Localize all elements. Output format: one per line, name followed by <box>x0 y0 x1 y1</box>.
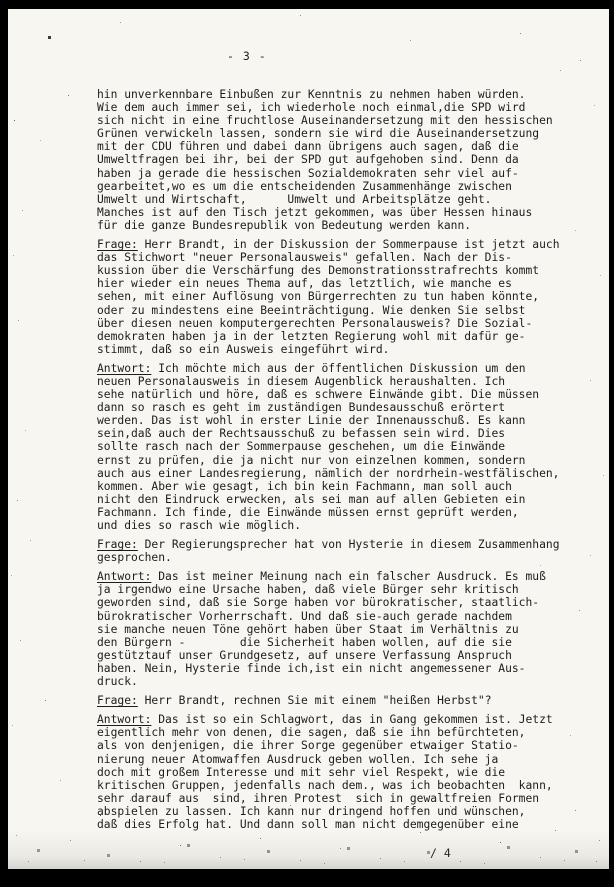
text-line: Frage: Der Regierungsprecher hat von Hys… <box>97 538 567 551</box>
text-line: Antwort: Ich möchte mich aus der öffentl… <box>97 362 567 375</box>
paragraph-label: Frage: <box>97 694 138 707</box>
text-line: nicht den Eindruck erwecken, als sei man… <box>97 493 567 506</box>
paragraph: Frage: Der Regierungsprecher hat von Hys… <box>97 538 567 564</box>
text-line: doch mit großem Interesse und mit sehr v… <box>97 766 567 779</box>
text-line-content: Das ist so ein Schlagwort, das in Gang g… <box>158 713 552 726</box>
text-line: auch aus einer Landesregierung, nämlich … <box>97 467 567 480</box>
text-line: das Stichwort "neuer Personalausweis" ge… <box>97 251 567 264</box>
text-line: Antwort: Das ist so ein Schlagwort, das … <box>97 713 567 726</box>
text-line: Frage: Herr Brandt, in der Diskussion de… <box>97 238 567 251</box>
text-line: Umweltfragen bei ihr, bei der SPD gut au… <box>97 153 567 166</box>
text-line: und dies so rasch wie möglich. <box>97 519 567 532</box>
text-line: kussion über die Verschärfung des Demons… <box>97 264 567 277</box>
text-line: Manches ist auf den Tisch jetzt gekommen… <box>97 206 567 219</box>
text-line: nierung neuer Atomwaffen Ausdruck geben … <box>97 753 567 766</box>
text-line-content: Das ist meiner Meinung nach ein falscher… <box>158 570 546 583</box>
text-line: Frage: Herr Brandt, rechnen Sie mit eine… <box>97 694 567 707</box>
text-line: haben ja gerade die hessischen Sozialdem… <box>97 167 567 180</box>
scanned-document-page: - 3 - hin unverkennbare Einbußen zur Ken… <box>8 9 609 869</box>
text-line: werden. Das ist wohl in erster Linie der… <box>97 414 567 427</box>
text-line: gesprochen. <box>97 551 567 564</box>
text-line: sehr darauf aus sind, ihren Protest sich… <box>97 792 567 805</box>
text-line: sehe natürlich und höre, daß es schwere … <box>97 388 567 401</box>
text-line: Wie dem auch immer sei, ich wiederhole n… <box>97 101 567 114</box>
paragraph: hin unverkennbare Einbußen zur Kenntnis … <box>97 88 567 232</box>
text-line: hin unverkennbare Einbußen zur Kenntnis … <box>97 88 567 101</box>
text-line: gestütztauf unser Grundgesetz, auf unser… <box>97 649 567 662</box>
text-line: hier wieder ein neues Thema auf, das let… <box>97 277 567 290</box>
paragraph: Antwort: Das ist so ein Schlagwort, das … <box>97 713 567 831</box>
text-line: stimmt, daß so ein Ausweis eingeführt wi… <box>97 343 567 356</box>
text-column: hin unverkennbare Einbußen zur Kenntnis … <box>97 88 567 831</box>
scan-noise-layer <box>8 9 9 10</box>
text-line: kommen. Aber wie gesagt, ich bin kein Fa… <box>97 480 567 493</box>
text-line: gearbeitet,wo es um die entscheidenden Z… <box>97 180 567 193</box>
text-line: druck. <box>97 675 567 688</box>
text-line: eigentlich mehr von denen, die sagen, da… <box>97 726 567 739</box>
text-line: mit der CDU führen und dabei dann übrige… <box>97 140 567 153</box>
text-line: haben. Nein, Hysterie finde ich,ist ein … <box>97 662 567 675</box>
text-line: geworden sind, daß sie Sorge haben vor b… <box>97 596 567 609</box>
paragraph-label: Antwort: <box>97 570 151 583</box>
text-line: daß dies Erfolg hat. Und dann soll man n… <box>97 818 567 831</box>
paragraph-label: Antwort: <box>97 362 151 375</box>
text-line: kritischen Gruppen, jedenfalls nach dem.… <box>97 779 567 792</box>
text-line: sie manche neuen Töne gehört haben über … <box>97 623 567 636</box>
scan-noise-layer <box>8 9 9 10</box>
page-number: - 3 - <box>227 49 267 63</box>
text-line: sich nicht in eine fruchtlose Auseinande… <box>97 114 567 127</box>
text-line: Grünen verwickeln lassen, sondern sie wi… <box>97 127 567 140</box>
text-line-content: Herr Brandt, rechnen Sie mit einem "heiß… <box>145 694 492 707</box>
paragraph-label: Antwort: <box>97 713 151 726</box>
text-line: ernst zu prüfen, die ja nicht nur von ei… <box>97 454 567 467</box>
text-line: Antwort: Das ist meiner Meinung nach ein… <box>97 570 567 583</box>
text-line: bürokratischer Vorherrschaft. Und daß si… <box>97 610 567 623</box>
paragraph: Antwort: Das ist meiner Meinung nach ein… <box>97 570 567 688</box>
paragraph-label: Frage: <box>97 538 138 551</box>
paragraph-label: Frage: <box>97 238 138 251</box>
text-line: demokraten haben ja in der letzten Regie… <box>97 330 567 343</box>
text-line: den Bürgern - die Sicherheit haben wolle… <box>97 636 567 649</box>
text-line-content: Ich möchte mich aus der öffentlichen Dis… <box>158 362 525 375</box>
paragraph: Frage: Herr Brandt, rechnen Sie mit eine… <box>97 694 567 707</box>
text-line: über diesen neuen komputergerechten Pers… <box>97 317 567 330</box>
text-line-content: Der Regierungsprecher hat von Hysterie i… <box>145 538 560 551</box>
text-line: als von denjenigen, die ihrer Sorge gege… <box>97 739 567 752</box>
text-line-content: Herr Brandt, in der Diskussion der Somme… <box>145 238 560 251</box>
scan-edge-haze <box>8 829 609 869</box>
text-line: abspielen zu lassen. Ich kann nur dringe… <box>97 805 567 818</box>
text-line: ja irgendwo eine Ursache haben, daß viel… <box>97 583 567 596</box>
text-line: für die ganze Bundesrepublik von Bedeutu… <box>97 219 567 232</box>
text-line: sehen, mit einer Auflösung von Bürgerrec… <box>97 290 567 303</box>
text-line: Fachmann. Ich finde, die Einwände müssen… <box>97 506 567 519</box>
text-line: neuen Personalausweis in diesem Augenbli… <box>97 375 567 388</box>
paragraph: Antwort: Ich möchte mich aus der öffentl… <box>97 362 567 532</box>
paragraph: Frage: Herr Brandt, in der Diskussion de… <box>97 238 567 356</box>
text-line: Umwelt und Wirtschaft, Umwelt und Arbeit… <box>97 193 567 206</box>
text-line: sollte rasch nach der Sommerpause gesche… <box>97 440 567 453</box>
text-line: dann so rasch es geht im zuständigen Bun… <box>97 401 567 414</box>
text-line: oder zu mindestens eine Beeinträchtigung… <box>97 304 567 317</box>
text-line: sein,daß auch der Rechtsausschuß zu befa… <box>97 427 567 440</box>
next-page-marker: / 4 <box>430 846 451 860</box>
scan-noise-layer <box>8 9 9 10</box>
